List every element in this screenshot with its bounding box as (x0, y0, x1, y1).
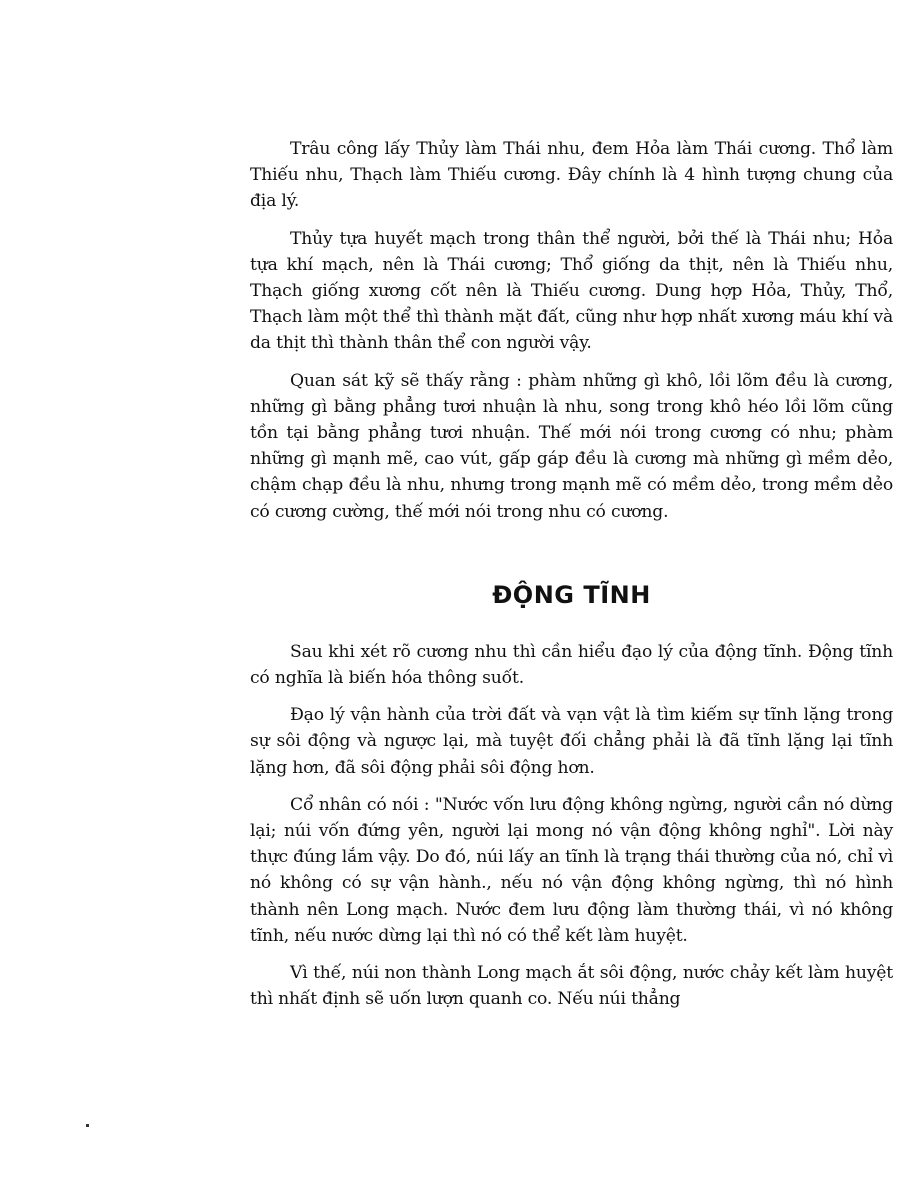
document-page: Trâu công lấy Thủy làm Thái nhu, đem Hỏa… (250, 136, 893, 1023)
paragraph-sau-khi-xet: Sau khi xét rõ cương nhu thì cần hiểu đạ… (250, 639, 893, 691)
section-heading: ĐỘNG TĨNH (250, 581, 893, 609)
scan-speck (86, 1124, 89, 1127)
paragraph-thai-nhu: Trâu công lấy Thủy làm Thái nhu, đem Hỏa… (250, 136, 893, 215)
paragraph-co-nhan: Cổ nhân có nói : "Nước vốn lưu động khôn… (250, 792, 893, 949)
paragraph-vi-the: Vì thế, núi non thành Long mạch ắt sôi đ… (250, 960, 893, 1012)
paragraph-quan-sat: Quan sát kỹ sẽ thấy rằng : phàm những gì… (250, 368, 893, 525)
paragraph-thuy-huyet-mach: Thủy tựa huyết mạch trong thân thể người… (250, 226, 893, 357)
paragraph-dao-ly-van-hanh: Đạo lý vận hành của trời đất và vạn vật … (250, 702, 893, 781)
